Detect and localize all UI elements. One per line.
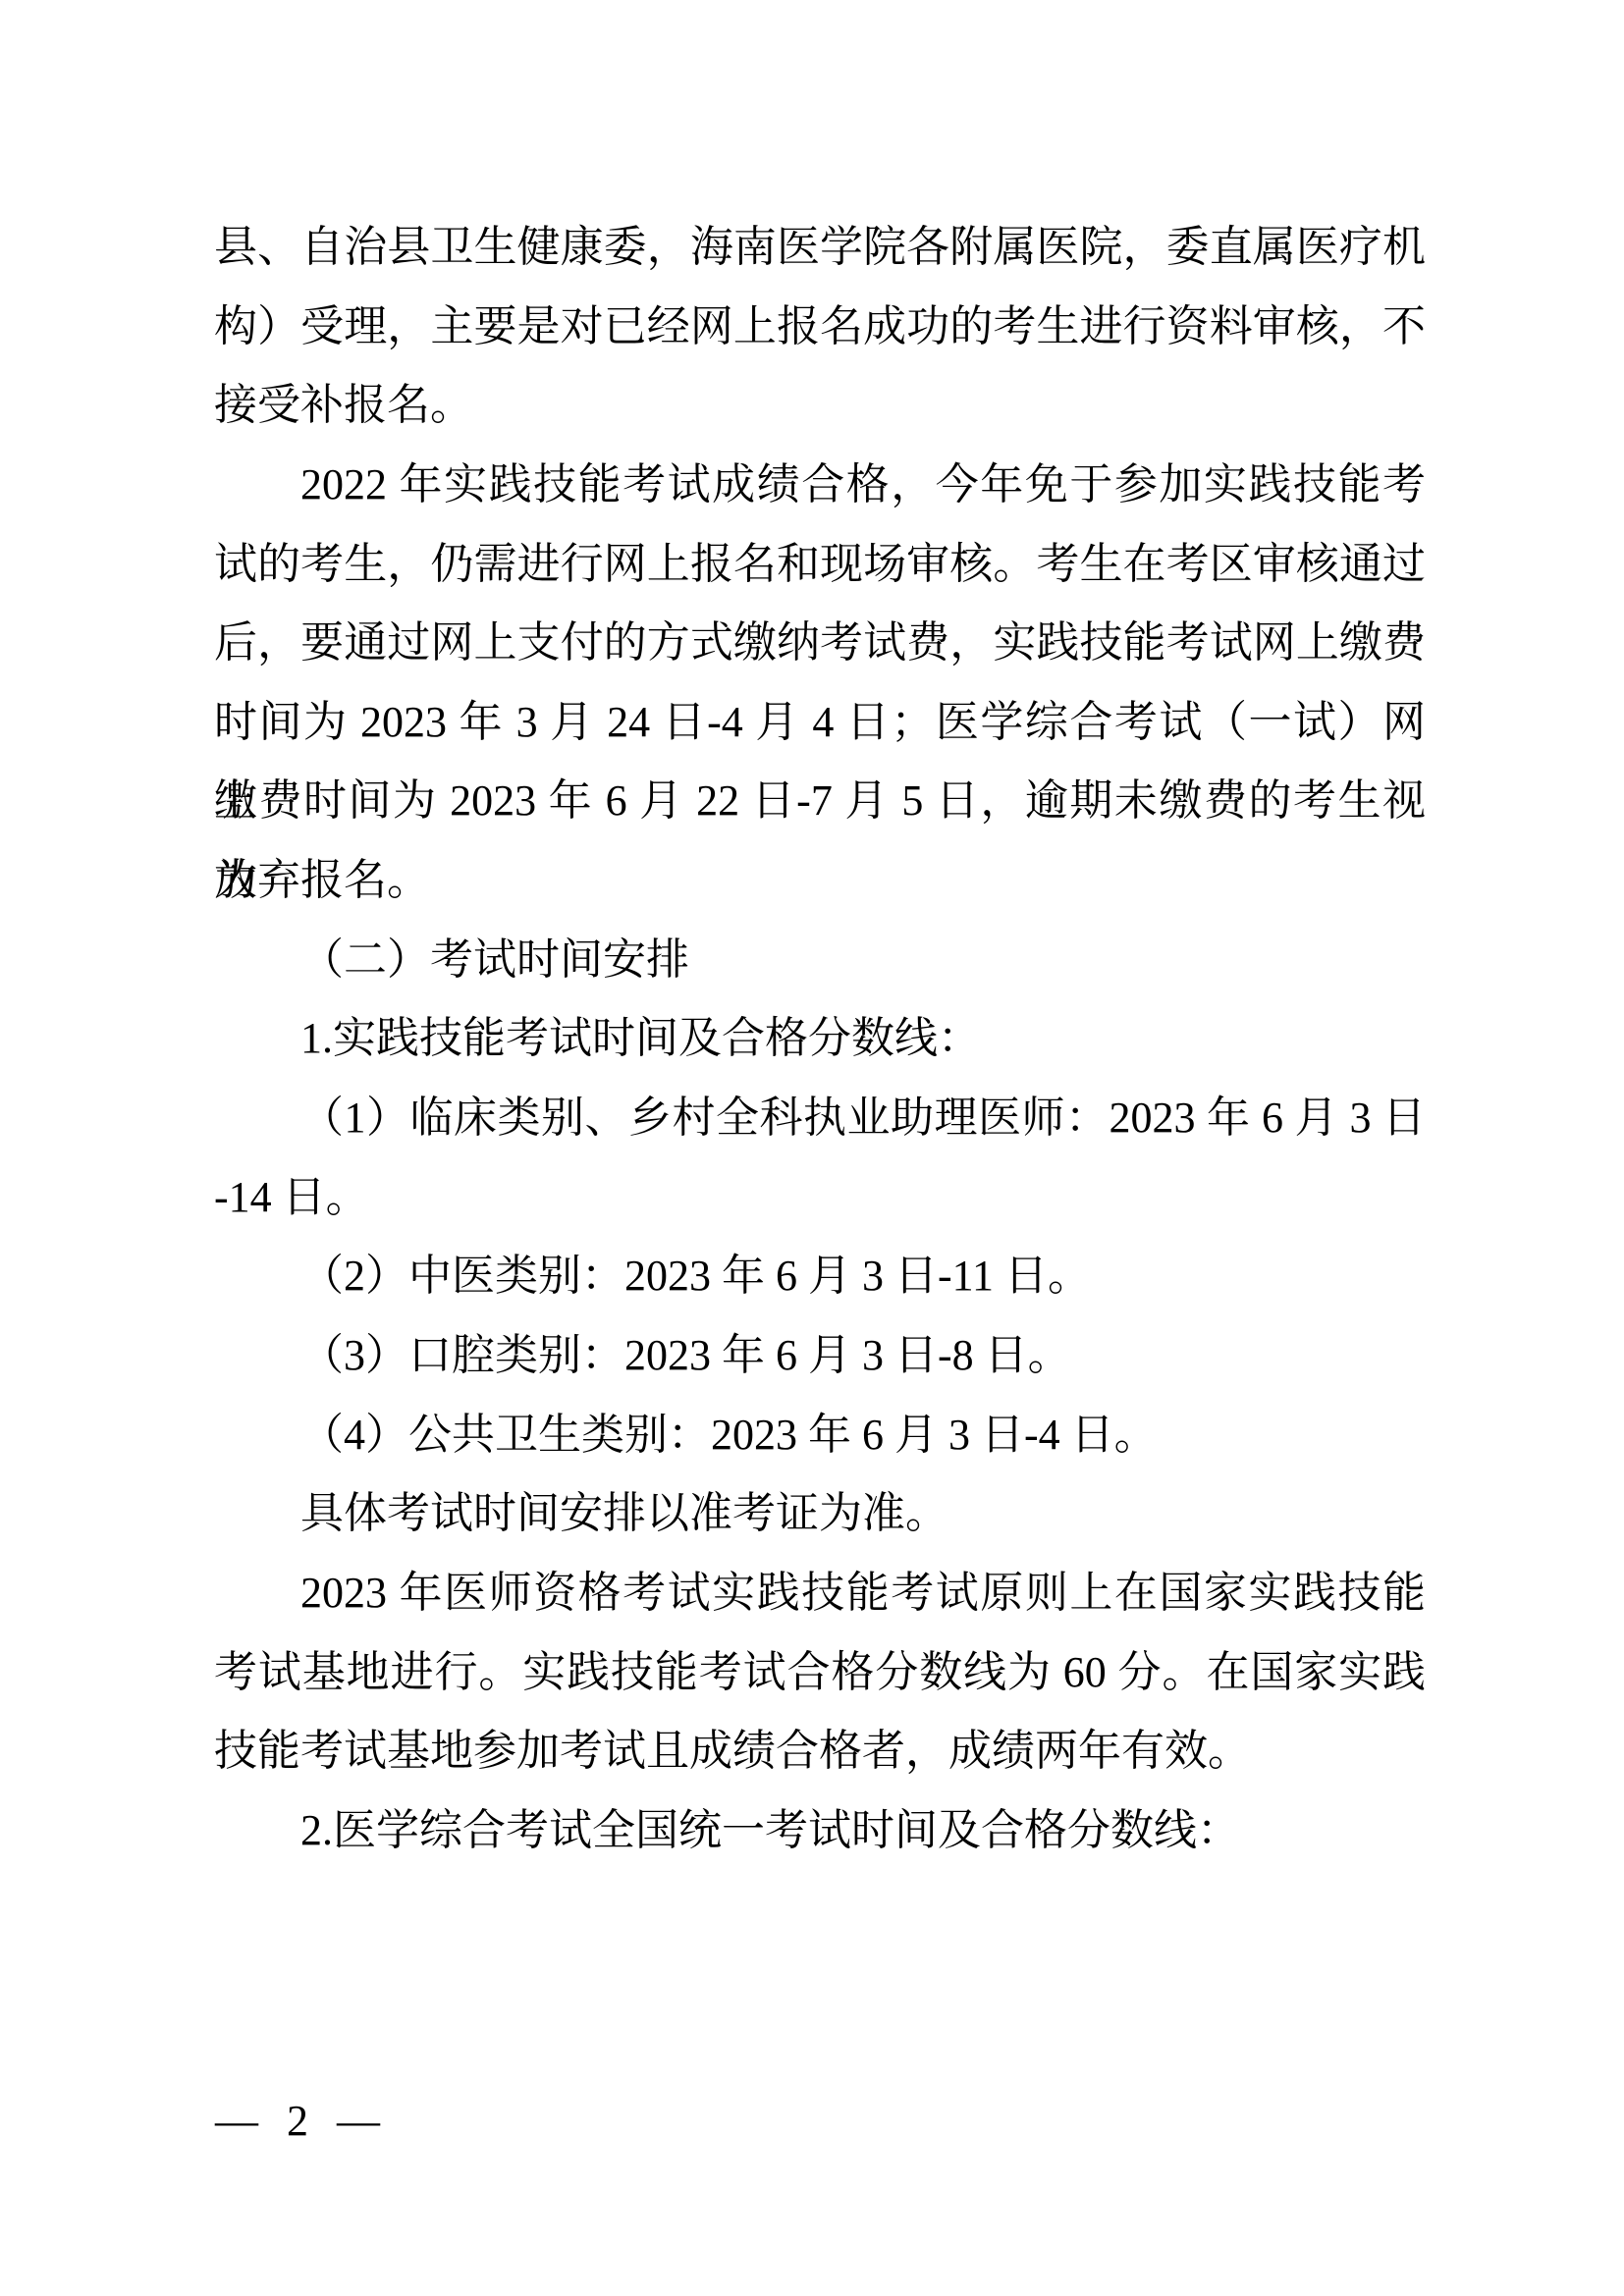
- text-line-9: 放弃报名。: [214, 841, 1426, 921]
- text-line-13: -14 日。: [214, 1158, 1426, 1238]
- text-line-17: 具体考试时间安排以准考证为准。: [214, 1474, 1426, 1554]
- document-page: 县、自治县卫生健康委，海南医学院各附属医院，委直属医疗机 构）受理，主要是对已经…: [0, 0, 1624, 2296]
- text-line-5: 试的考生，仍需进行网上报名和现场审核。考生在考区审核通过: [214, 525, 1426, 605]
- text-line-7: 时间为 2023 年 3 月 24 日-4 月 4 日；医学综合考试（一试）网上: [214, 683, 1426, 763]
- text-line-14: （2）中医类别：2023 年 6 月 3 日-11 日。: [214, 1237, 1426, 1316]
- section-heading: （二）考试时间安排: [214, 921, 1426, 1000]
- text-line-1: 县、自治县卫生健康委，海南医学院各附属医院，委直属医疗机: [214, 208, 1426, 288]
- text-line-3: 接受补报名。: [214, 366, 1426, 446]
- text-line-11: 1.实践技能考试时间及合格分数线：: [214, 999, 1426, 1079]
- text-line-15: （3）口腔类别：2023 年 6 月 3 日-8 日。: [214, 1316, 1426, 1396]
- text-line-12: （1）临床类别、乡村全科执业助理医师：2023 年 6 月 3 日: [214, 1079, 1426, 1158]
- page-number: — 2 —: [215, 2100, 380, 2143]
- text-line-8: 缴费时间为 2023 年 6 月 22 日-7 月 5 日，逾期未缴费的考生视为: [214, 762, 1426, 841]
- text-line-21: 2.医学综合考试全国统一考试时间及合格分数线：: [214, 1791, 1426, 1871]
- text-line-2: 构）受理，主要是对已经网上报名成功的考生进行资料审核，不: [214, 288, 1426, 367]
- text-line-6: 后，要通过网上支付的方式缴纳考试费，实践技能考试网上缴费: [214, 604, 1426, 683]
- text-line-20: 技能考试基地参加考试且成绩合格者，成绩两年有效。: [214, 1712, 1426, 1791]
- text-line-19: 考试基地进行。实践技能考试合格分数线为 60 分。在国家实践: [214, 1633, 1426, 1713]
- text-line-18: 2023 年医师资格考试实践技能考试原则上在国家实践技能: [214, 1554, 1426, 1633]
- text-line-4: 2022 年实践技能考试成绩合格，今年免于参加实践技能考: [214, 446, 1426, 525]
- document-body: 县、自治县卫生健康委，海南医学院各附属医院，委直属医疗机 构）受理，主要是对已经…: [214, 208, 1426, 1870]
- text-line-16: （4）公共卫生类别：2023 年 6 月 3 日-4 日。: [214, 1396, 1426, 1475]
